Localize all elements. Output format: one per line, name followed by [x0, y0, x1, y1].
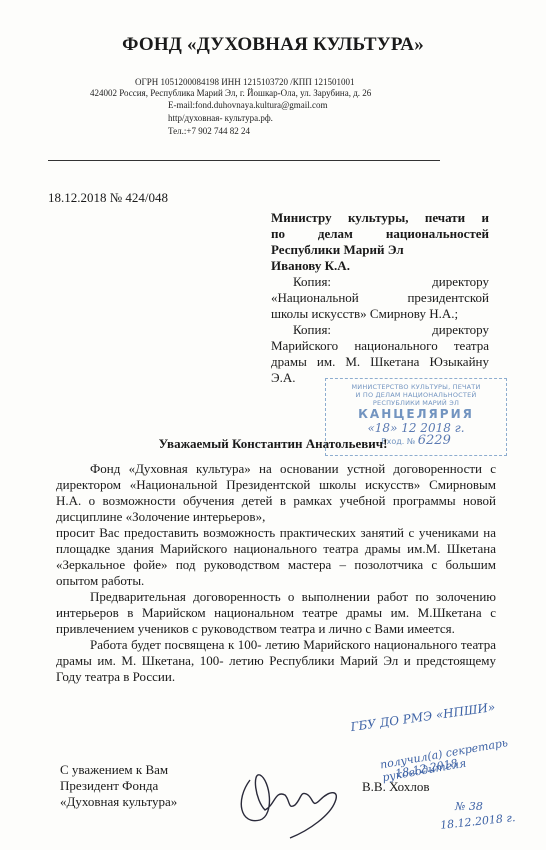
email: E-mail:fond.duhovnaya.kultura@gmail.com — [168, 100, 328, 111]
closing-line: С уважением к Вам — [60, 762, 177, 778]
copy-line: школы искусств» Смирнову Н.А.; — [271, 306, 489, 322]
stamp-date: «18» 12 2018 г. — [326, 421, 506, 435]
addressee-line: Иванову К.А. — [271, 258, 489, 274]
closing-block: С уважением к Вам Президент Фонда «Духов… — [60, 762, 177, 810]
paragraph: Фонд «Духовная культура» на основании ус… — [56, 461, 496, 525]
organization-title: ФОНД «ДУХОВНАЯ КУЛЬТУРА» — [0, 34, 546, 56]
website: http/духовная- культура.рф. — [168, 113, 273, 124]
phone: Тел.:+7 902 744 82 24 — [168, 126, 250, 137]
handwritten-signature-icon — [230, 760, 370, 840]
copy-line: «Национальной президентской — [271, 290, 489, 306]
paragraph: Работа будет посвящена к 100- летию Мари… — [56, 637, 496, 685]
closing-line: Президент Фонда — [60, 778, 177, 794]
outgoing-date-number: 18.12.2018 № 424/048 — [48, 190, 168, 206]
stamp-line: РЕСПУБЛИКИ МАРИЙ ЭЛ — [326, 399, 506, 407]
handwritten-note: ГБУ ДО РМЭ «НПШИ» — [350, 700, 496, 734]
closing-line: «Духовная культура» — [60, 794, 177, 810]
addressee-line: Министру культуры, печати и — [271, 210, 489, 226]
handwritten-date: 18.12.2018 г. — [440, 811, 516, 832]
salutation: Уважаемый Константин Анатольевич! — [0, 436, 546, 452]
stamp-line: И ПО ДЕЛАМ НАЦИОНАЛЬНОСТЕЙ — [326, 391, 506, 399]
copy-line: Марийского национального театра — [271, 338, 489, 354]
addressee-line: Республики Марий Эл — [271, 242, 489, 258]
letter-body: Фонд «Духовная культура» на основании ус… — [56, 461, 496, 685]
stamp-office: КАНЦЕЛЯРИЯ — [326, 407, 506, 421]
postal-address: 424002 Россия, Республика Марий Эл, г. Й… — [90, 88, 371, 99]
addressee-line: по делам национальностей — [271, 226, 489, 242]
paragraph: просит Вас предоставить возможность прак… — [56, 525, 496, 589]
copy-line: Копия: директору — [271, 322, 489, 338]
addressee-block: Министру культуры, печати и по делам нац… — [271, 210, 489, 386]
header-divider — [48, 160, 440, 161]
stamp-line: МИНИСТЕРСТВО КУЛЬТУРЫ, ПЕЧАТИ — [326, 383, 506, 391]
requisites: ОГРН 1051200084198 ИНН 1215103720 /КПП 1… — [135, 77, 354, 88]
paragraph: Предварительная договоренность о выполне… — [56, 589, 496, 637]
handwritten-number: № 38 — [455, 800, 483, 813]
copy-line: драмы им. М. Шкетана Юзыкайну — [271, 354, 489, 370]
copy-line: Копия: директору — [271, 274, 489, 290]
